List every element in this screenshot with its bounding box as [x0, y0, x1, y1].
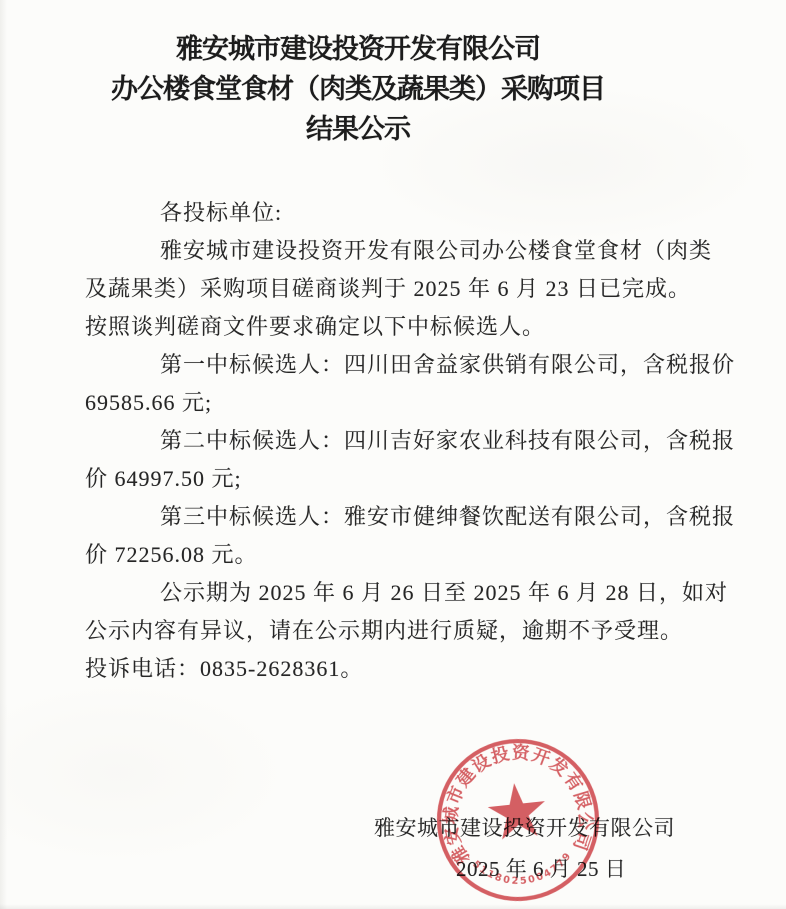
body-line: 各投标单位: — [85, 194, 745, 232]
document-page: 雅安城市建设投资开发有限公司 办公楼食堂食材（肉类及蔬果类）采购项目 结果公示 … — [0, 0, 786, 909]
official-seal: 雅安城市建设投资开发有限公司 5118025004779 — [426, 728, 611, 909]
body-line: 69585.66 元; — [85, 384, 745, 422]
body-line: 公示内容有异议，请在公示期内进行质疑，逾期不予受理。 — [85, 612, 745, 650]
body-line: 按照谈判磋商文件要求确定以下中标候选人。 — [85, 308, 745, 346]
body-line: 及蔬果类）采购项目磋商谈判于 2025 年 6 月 23 日已完成。 — [85, 270, 745, 308]
document-title-line-2: 办公楼食堂食材（肉类及蔬果类）采购项目 — [0, 69, 716, 109]
seal-star-icon — [486, 780, 549, 840]
body-line: 投诉电话：0835-2628361。 — [85, 650, 745, 688]
document-title-line-1: 雅安城市建设投资开发有限公司 — [0, 29, 716, 69]
body-line: 第二中标候选人：四川吉好家农业科技有限公司，含税报 — [85, 422, 745, 460]
document-title-line-3: 结果公示 — [0, 109, 716, 149]
body-line: 价 64997.50 元; — [85, 460, 745, 498]
body-line: 公示期为 2025 年 6 月 26 日至 2025 年 6 月 28 日，如对 — [85, 574, 745, 612]
body-line: 第三中标候选人：雅安市健绅餐饮配送有限公司，含税报 — [85, 498, 745, 536]
document-title: 雅安城市建设投资开发有限公司 办公楼食堂食材（肉类及蔬果类）采购项目 结果公示 — [0, 29, 716, 149]
body-line: 第一中标候选人：四川田舍益家供销有限公司，含税报价 — [85, 346, 745, 384]
body-line: 雅安城市建设投资开发有限公司办公楼食堂食材（肉类 — [85, 232, 745, 270]
body-line: 价 72256.08 元。 — [85, 536, 745, 574]
document-body: 各投标单位: 雅安城市建设投资开发有限公司办公楼食堂食材（肉类 及蔬果类）采购项… — [85, 194, 745, 688]
